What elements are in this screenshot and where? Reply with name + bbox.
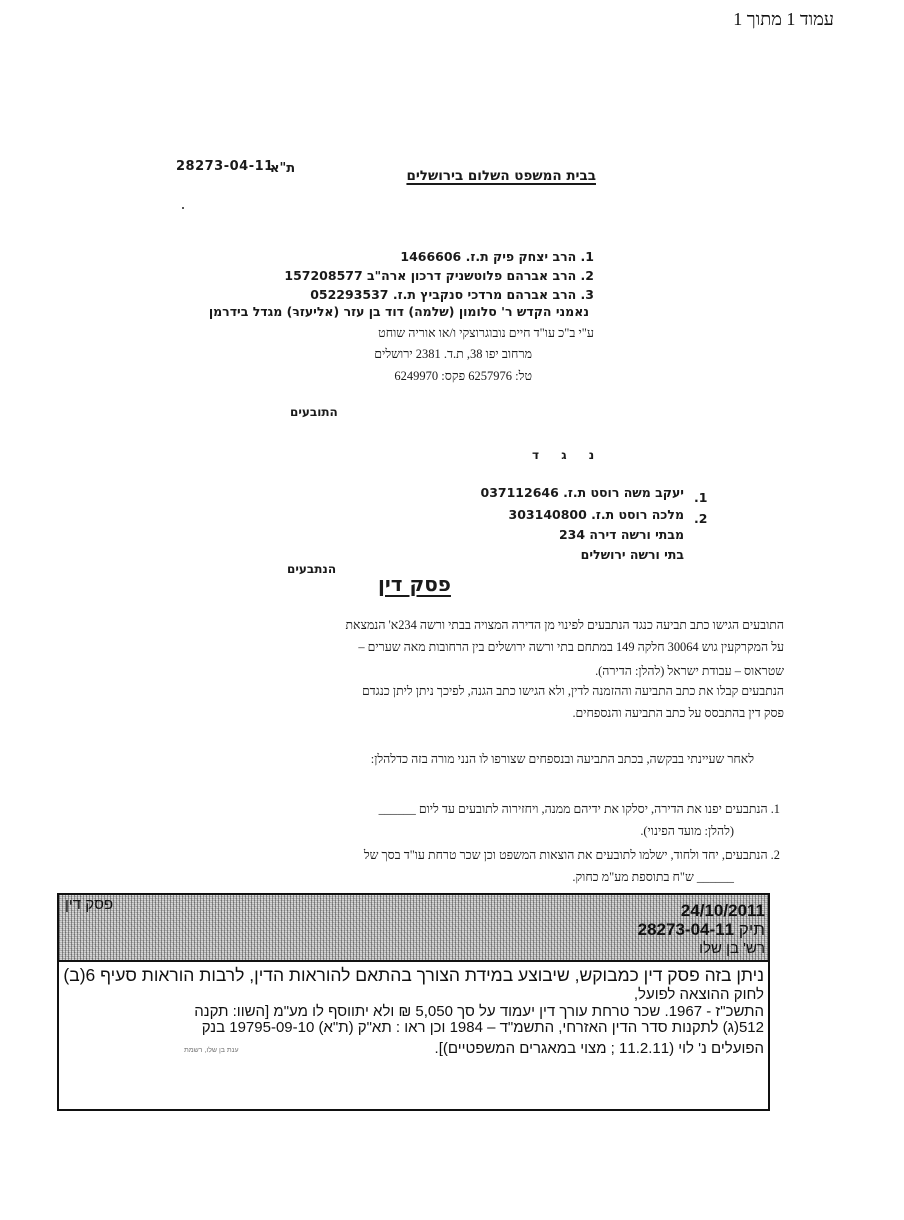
paragraph-2-line-1: הנתבעים קבלו את כתב התביעה וההזמנה לדין,… <box>362 684 784 699</box>
stamp-case-label: תיק <box>739 920 765 939</box>
stamp-case-number: 28273-04-11 <box>638 920 734 939</box>
stamp-body-line-5: הפועלים נ' לוי (11.2.11 ; מצוי במאגרים ה… <box>435 1040 764 1057</box>
order-1-line-2: (להלן: מועד הפינוי). <box>640 824 734 839</box>
stamp-case-row: תיק 28273-04-11 <box>638 920 765 940</box>
stamp-body-line-3: התשכ"ז - 1967. שכר טרחת עורך דין יעמוד ע… <box>194 1003 764 1020</box>
plaintiff-2: 2. הרב אברהם פלוטשניק דרכון ארה"ב 157208… <box>284 268 594 283</box>
versus-label: נ ג ד <box>532 448 603 462</box>
plaintiff-3: 3. הרב אברהם מרדכי סנקביץ ת.ז. 052293537 <box>310 287 594 302</box>
stamp-signature: ענת בן שלו, רשמת <box>184 1047 239 1054</box>
stamp-doc-type: פסק דין <box>65 896 113 913</box>
paragraph-3: לאחר שעיינתי בבקשה, בכתב התביעה ובנספחים… <box>371 752 754 767</box>
defendant-address-1: מבתי ורשה דירה 234 <box>559 527 684 542</box>
stamp-body-line-1: ניתן בזה פסק דין כמבוקש, שיבוצע במידת הצ… <box>63 965 764 986</box>
stamp-body-line-4: 512(ג) לתקנות סדר הדין האזרחי, התשמ"ד – … <box>202 1019 764 1036</box>
court-stamp-box: פסק דין 24/10/2011 תיק 28273-04-11 רש' ב… <box>57 893 770 1111</box>
defendant-1: יעקב משה רוסט ת.ז. 037112646 <box>481 485 684 500</box>
stamp-judge: רש' בן שלו <box>699 940 765 957</box>
judgment-title: פסק דין <box>378 572 451 596</box>
scan-speck <box>182 207 184 209</box>
defendants-label: הנתבעים <box>287 562 336 576</box>
paragraph-1-line-2: על המקרקעין גוש 30064 חלקה 149 במתחם בתי… <box>358 640 784 655</box>
stamp-body-line-2: לחוק ההוצאה לפועל, <box>634 986 764 1003</box>
paragraph-1-line-3: שטראוס – עבודת ישראל (להלן: הדירה). <box>595 664 784 679</box>
plaintiff-trustees: נאמני הקדש ר' סלומון (שלמה) דוד בן עזר (… <box>209 304 589 319</box>
defendant-address-2: בתי ורשה ירושלים <box>581 547 684 562</box>
order-2-line-1: 2. הנתבעים, יחד ולחוד, ישלמו לתובעים את … <box>364 848 780 863</box>
page-counter: עמוד 1 מתוך 1 <box>733 9 834 30</box>
defendant-1-number: 1. <box>694 490 707 505</box>
counsel-address: מרחוב יפו 38, ת.ד. 2381 ירושלים <box>374 347 532 362</box>
plaintiff-1: 1. הרב יצחק פיק ת.ז. 1466606 <box>400 249 594 264</box>
case-type: ת"א <box>270 161 295 176</box>
counsel-name: ע"י ב"כ עו"ד חיים נובוגרוצקי ו/או אוריה … <box>378 326 594 341</box>
paragraph-2-line-2: פסק דין בהתבסס על כתב התביעה והנספחים. <box>572 706 784 721</box>
court-name: בבית המשפט השלום בירושלים <box>406 168 596 184</box>
paragraph-1-line-1: התובעים הגישו כתב תביעה כנגד הנתבעים לפי… <box>345 618 784 633</box>
defendant-2-number: 2. <box>694 511 707 526</box>
stamp-header: פסק דין 24/10/2011 תיק 28273-04-11 רש' ב… <box>59 895 768 962</box>
order-2-line-2: ______ ש"ח בתוספת מע"מ כחוק. <box>572 870 734 885</box>
defendant-2: מלכה רוסט ת.ז. 303140800 <box>509 507 684 522</box>
counsel-phone-fax: טל: 6257976 פקס: 6249970 <box>394 369 532 384</box>
plaintiffs-label: התובעים <box>290 405 338 419</box>
order-1-line-1: 1. הנתבעים יפנו את הדירה, יסלקו את ידיהם… <box>379 802 780 817</box>
case-number: 28273-04-11 <box>176 159 274 174</box>
stamp-date: 24/10/2011 <box>681 901 765 921</box>
